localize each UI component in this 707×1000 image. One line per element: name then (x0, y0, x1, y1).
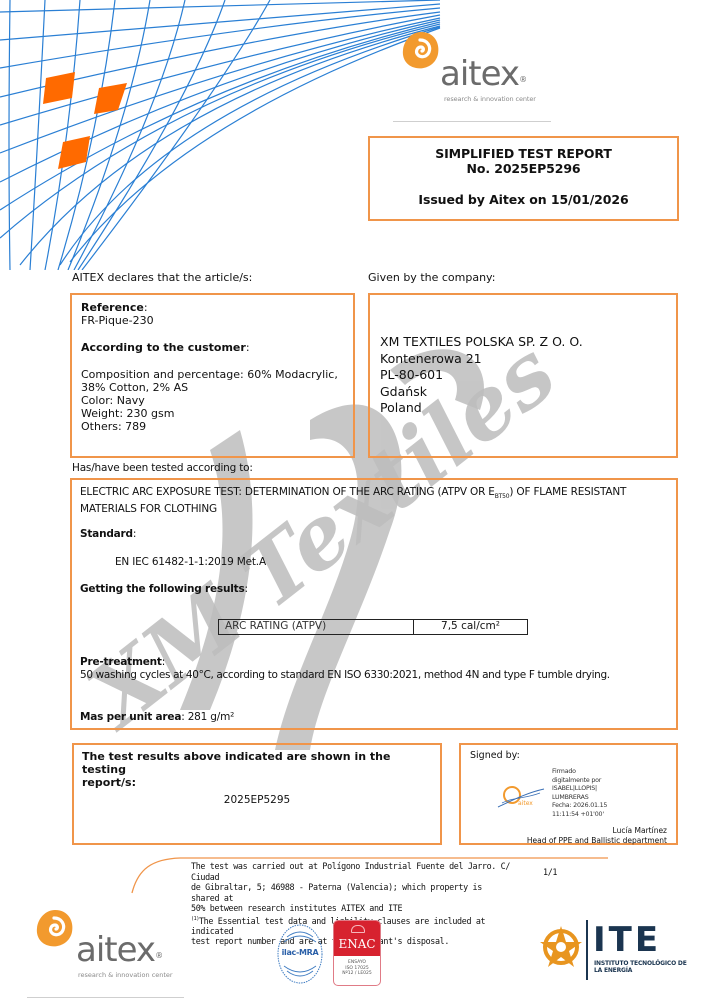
pretreatment-label: Pre-treatment: (80, 656, 165, 668)
ite-name: ITE (593, 922, 661, 958)
article-details: Reference: FR-Pique-230 According to the… (81, 301, 351, 433)
composition-line-2: 38% Cotton, 2% AS (81, 381, 351, 394)
others-value: Others: 789 (81, 420, 351, 433)
signature-label: Signed by: (470, 750, 520, 761)
digital-signature-details: Firmado digitalmente por ISABEL|LLOPIS| … (552, 768, 607, 820)
test-title-line-2: MATERIALS FOR CLOTHING (80, 503, 668, 516)
ite-subtitle: INSTITUTO TECNOLÓGICO DE LA ENERGÍA (594, 960, 687, 974)
company-city: Gdańsk (380, 384, 583, 401)
reference-value: FR-Pique-230 (81, 314, 351, 327)
results-table: ARC RATING (ATPV) 7,5 cal/cm² (218, 619, 528, 635)
pretreatment-value: 50 washing cycles at 40°C, according to … (80, 669, 675, 681)
report-title: SIMPLIFIED TEST REPORT (370, 146, 677, 161)
aitex-spiral-icon (34, 908, 76, 950)
result-parameter: ARC RATING (ATPV) (219, 620, 414, 634)
test-title: ELECTRIC ARC EXPOSURE TEST: DETERMINATIO… (80, 486, 668, 516)
reports-label: The test results above indicated are sho… (82, 750, 432, 789)
report-issued: Issued by Aitex on 15/01/2026 (370, 192, 677, 207)
aitex-wordmark: aitex® (440, 56, 526, 92)
standard-label: Standard: (80, 528, 136, 540)
enac-logo: ENAC ENSAYO ISO 17025 Nº12 / LE025 (333, 920, 381, 986)
result-value: 7,5 cal/cm² (414, 620, 527, 634)
aitex-tagline: research & innovation center (78, 971, 173, 979)
signature-scribble-icon: aitex (496, 783, 546, 811)
standard-value: EN IEC 61482-1-1:2019 Met.A (115, 556, 266, 568)
aitex-logo-header: aitex® research & innovation center (400, 30, 550, 108)
signer-title: Head of PPE and Ballistic department (462, 836, 667, 845)
report-title-box: SIMPLIFIED TEST REPORT No. 2025EP5296 Is… (368, 136, 679, 221)
footer-divider (27, 997, 184, 998)
company-name: XM TEXTILES POLSKA SP. Z O. O. (380, 334, 583, 351)
enac-name: ENAC (334, 936, 380, 952)
crown-icon (351, 925, 365, 933)
aitex-wordmark: aitex® (76, 932, 162, 968)
company-country: Poland (380, 400, 583, 417)
aitex-logo-footer: aitex® research & innovation center (34, 908, 184, 986)
reports-number: 2025EP5295 (72, 794, 442, 806)
mass-per-area: Mas per unit area: 281 g/m² (80, 711, 234, 723)
company-postal: PL-80-601 (380, 367, 583, 384)
ite-divider (586, 920, 588, 980)
signer-name: Lucía Martínez (470, 826, 667, 835)
mass-value: 281 g/m² (188, 711, 234, 723)
aitex-spiral-icon (400, 30, 442, 72)
ite-logo: ITE INSTITUTO TECNOLÓGICO DE LA ENERGÍA (538, 920, 688, 982)
results-label: Getting the following results: (80, 583, 248, 595)
company-intro: Given by the company: (368, 271, 495, 284)
page-number: 1/1 (543, 867, 557, 878)
ilac-text: ilac-MRA (276, 948, 324, 957)
color-value: Color: Navy (81, 394, 351, 407)
svg-text:aitex: aitex (518, 800, 533, 807)
test-title-line-1: ELECTRIC ARC EXPOSURE TEST: DETERMINATIO… (80, 486, 626, 503)
ilac-mra-logo: ilac-MRA (276, 922, 324, 986)
report-number: No. 2025EP5296 (370, 161, 677, 176)
header-divider (393, 121, 551, 122)
aitex-tagline: research & innovation center (444, 95, 536, 103)
weight-value: Weight: 230 gsm (81, 407, 351, 420)
test-intro: Has/have been tested according to: (72, 462, 253, 474)
reference-label: Reference (81, 301, 144, 314)
company-street: Kontenerowa 21 (380, 351, 583, 368)
customer-label: According to the customer (81, 341, 246, 354)
company-details: XM TEXTILES POLSKA SP. Z O. O. Kontenero… (380, 334, 583, 417)
decorative-grid-graphic (0, 0, 460, 270)
ite-star-icon (538, 924, 584, 970)
composition-line-1: Composition and percentage: 60% Modacryl… (81, 368, 351, 381)
article-intro: AITEX declares that the article/s: (72, 271, 252, 284)
